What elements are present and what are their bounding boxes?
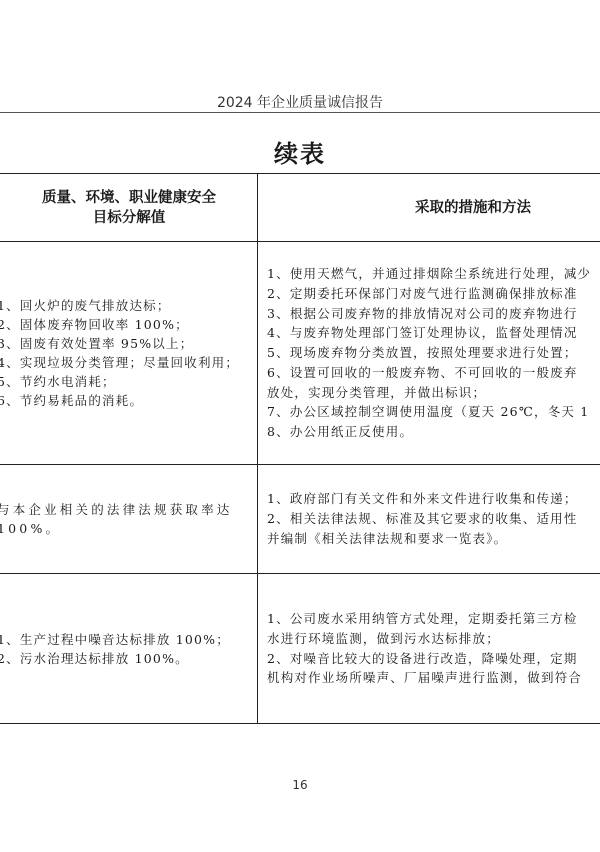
measure-item: 并编制《相关法律法规和要求一览表》。 bbox=[267, 529, 600, 549]
header-goals-line: 目标分解值 bbox=[1, 208, 257, 228]
table-row: 1、回火炉的废气排放达标； 2、固体废弃物回收率 100%； 3、固废有效处置率… bbox=[0, 242, 600, 465]
page-number: 16 bbox=[0, 778, 600, 792]
goals-measures-table: 质量、环境、职业健康安全 目标分解值 采取的措施和方法 1、回火炉的废气排放达标… bbox=[0, 173, 600, 724]
header-measures: 采取的措施和方法 bbox=[258, 174, 600, 242]
measure-item: 机构对作业场所噪声、厂届噪声进行监测，做到符合 bbox=[267, 668, 600, 688]
goal-item: 与本企业相关的法律法规获取率达 bbox=[0, 500, 257, 519]
goals-cell: 1、回火炉的废气排放达标； 2、固体废弃物回收率 100%； 3、固废有效处置率… bbox=[0, 242, 258, 465]
table-row: 与本企业相关的法律法规获取率达 100%。 1、政府部门有关文件和外来文件进行收… bbox=[0, 465, 600, 574]
measure-item: 7、办公区域控制空调使用温度（夏天 26℃，冬天 1 bbox=[267, 402, 600, 422]
goal-item: 4、实现垃圾分类管理；尽量回收利用； bbox=[0, 353, 257, 372]
measure-item: 1、政府部门有关文件和外来文件进行收集和传递； bbox=[267, 489, 600, 509]
running-header: 2024 年企业质量诚信报告 bbox=[0, 92, 600, 112]
measure-item: 1、使用天燃气，并通过排烟除尘系统进行处理，减少 bbox=[267, 264, 600, 284]
goal-item: 5、节约水电消耗； bbox=[0, 372, 257, 391]
goal-item: 100%。 bbox=[0, 519, 257, 538]
measure-item: 8、办公用纸正反使用。 bbox=[267, 422, 600, 442]
page-title: 续表 bbox=[0, 134, 600, 169]
goal-item: 2、固体废弃物回收率 100%； bbox=[0, 315, 257, 334]
measure-item: 2、对噪音比较大的设备进行改造，降噪处理，定期 bbox=[267, 649, 600, 669]
goal-item: 1、生产过程中噪音达标排放 100%； bbox=[0, 630, 257, 649]
goal-item: 3、固废有效处置率 95%以上； bbox=[0, 334, 257, 353]
goals-cell: 1、生产过程中噪音达标排放 100%； 2、污水治理达标排放 100%。 bbox=[0, 574, 258, 724]
measure-item: 放处，实现分类管理，并做出标识； bbox=[267, 383, 600, 403]
measures-cell: 1、政府部门有关文件和外来文件进行收集和传递； 2、相关法律法规、标准及其它要求… bbox=[258, 465, 600, 574]
measure-item: 3、根据公司废弃物的排放情况对公司的废弃物进行 bbox=[267, 304, 600, 324]
goals-cell: 与本企业相关的法律法规获取率达 100%。 bbox=[0, 465, 258, 574]
measure-item: 水进行环境监测，做到污水达标排放； bbox=[267, 629, 600, 649]
header-measures-line: 采取的措施和方法 bbox=[415, 198, 600, 218]
goal-item: 6、节约易耗品的消耗。 bbox=[0, 391, 257, 410]
measure-item: 4、与废弃物处理部门签订处理协议，监督处理情况 bbox=[267, 323, 600, 343]
measures-cell: 1、使用天燃气，并通过排烟除尘系统进行处理，减少 2、定期委托环保部门对废气进行… bbox=[258, 242, 600, 465]
measure-item: 1、公司废水采用纳管方式处理，定期委托第三方检 bbox=[267, 609, 600, 629]
measure-item: 6、设置可回收的一般废弃物、不可回收的一般废弃 bbox=[267, 363, 600, 383]
goal-item: 1、回火炉的废气排放达标； bbox=[0, 296, 257, 315]
header-goals-line: 质量、环境、职业健康安全 bbox=[1, 188, 257, 208]
goal-item: 2、污水治理达标排放 100%。 bbox=[0, 649, 257, 668]
header-rule bbox=[0, 112, 600, 113]
measure-item: 2、定期委托环保部门对废气进行监测确保排放标准 bbox=[267, 284, 600, 304]
header-goals: 质量、环境、职业健康安全 目标分解值 bbox=[0, 174, 258, 242]
measure-item: 2、相关法律法规、标准及其它要求的收集、适用性 bbox=[267, 509, 600, 529]
measures-cell: 1、公司废水采用纳管方式处理，定期委托第三方检 水进行环境监测，做到污水达标排放… bbox=[258, 574, 600, 724]
table-header-row: 质量、环境、职业健康安全 目标分解值 采取的措施和方法 bbox=[0, 174, 600, 242]
table-row: 1、生产过程中噪音达标排放 100%； 2、污水治理达标排放 100%。 1、公… bbox=[0, 574, 600, 724]
measure-item: 5、现场废弃物分类放置，按照处理要求进行处置； bbox=[267, 343, 600, 363]
